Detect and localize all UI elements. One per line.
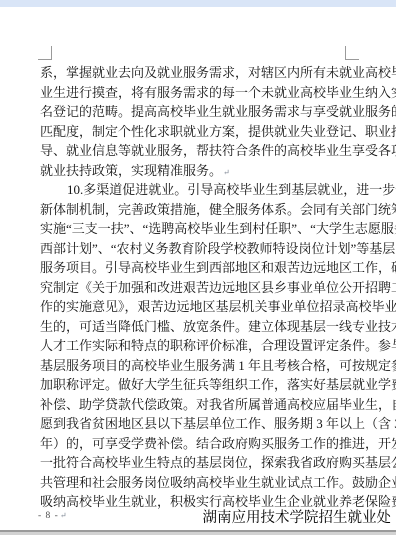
document-line: 业生进行摸查，将有服务需求的每一个未就业高校毕业生纳入实 [40,83,358,103]
footer-department-text: 湖南应用技术学院招生就业处 [203,506,392,527]
document-line: 基层服务项目的高校毕业生服务满 1 年且考核合格，可按规定参 [40,356,358,376]
document-line: 补偿、助学贷款代偿政策。对我省所属普通高校应届毕业生，自 [40,395,358,415]
line-text: 生的，可适当降低门槛、放宽条件。建立体现基层一线专业技术 [40,319,396,334]
line-text: 愿到我省贫困地区县以下基层单位工作、服务期 3 年以上（含 3 [40,416,396,431]
document-line: 服务项目。引导高校毕业生到西部地区和艰苦边远地区工作，研 [40,258,358,278]
line-text: 导、就业信息等就业服务，帮扶符合条件的高校毕业生享受各项 [40,143,396,158]
paragraph-mark-icon: ↵ [60,511,67,520]
line-text: 作的实施意见》，艰苦边远地区基层机关事业单位招录高校毕业 [40,299,396,314]
page-number: - 8 -↵ [38,511,67,521]
document-line: 新体制机制，完善政策措施，健全服务体系。会同有关部门统筹 [40,200,358,220]
line-text: 就业扶持政策，实现精准服务。 [40,163,222,178]
text-boundary-top-right-icon [345,46,359,60]
document-line: 年）的，可享受学费补偿。结合政府购买服务工作的推进，开发 [40,434,358,454]
document-line: 愿到我省贫困地区县以下基层单位工作、服务期 3 年以上（含 3 [40,414,358,434]
line-text: 名登记的范畴。提高高校毕业生就业服务需求与享受就业服务的 [40,104,396,119]
document-line: 西部计划”、“农村义务教育阶段学校教师特设岗位计划”等基层 [40,239,358,259]
document-line: 实施“三支一扶”、“选聘高校毕业生到村任职”、“大学生志愿服务 [40,219,358,239]
line-text: 服务项目。引导高校毕业生到西部地区和艰苦边远地区工作，研 [40,260,396,275]
document-line: 导、就业信息等就业服务，帮扶符合条件的高校毕业生享受各项 [40,141,358,161]
line-text: 10.多渠道促进就业。引导高校毕业生到基层就业，进一步创 [67,182,396,197]
document-line: 10.多渠道促进就业。引导高校毕业生到基层就业，进一步创 [40,180,358,200]
document-line: 就业扶持政策，实现精准服务。↵ [40,161,358,181]
document-line: 匹配度，制定个性化求职就业方案，提供就业失业登记、职业指 [40,122,358,142]
document-line: 加职称评定。做好大学生征兵等组织工作，落实好基层就业学费 [40,375,358,395]
line-text: 业生进行摸查，将有服务需求的每一个未就业高校毕业生纳入实 [40,85,396,100]
document-line: 共管理和社会服务岗位吸纳高校毕业生就业试点工作。鼓励企业 [40,473,358,493]
document-line: 人才工作实际和特点的职称评价标准，合理设置评定条件。参与 [40,336,358,356]
line-text: 匹配度，制定个性化求职就业方案，提供就业失业登记、职业指 [40,124,396,139]
page-number-text: - 8 - [38,511,59,521]
line-text: 西部计划”、“农村义务教育阶段学校教师特设岗位计划”等基层 [40,241,395,256]
line-text: 加职称评定。做好大学生征兵等组织工作，落实好基层就业学费 [40,377,396,392]
paragraph-mark-icon: ↵ [223,168,230,177]
document-line: 作的实施意见》，艰苦边远地区基层机关事业单位招录高校毕业 [40,297,358,317]
text-boundary-top-left-icon [38,46,52,60]
line-text: 人才工作实际和特点的职称评价标准，合理设置评定条件。参与 [40,338,396,353]
line-text: 一批符合高校毕业生特点的基层岗位，探索我省政府购买基层公 [40,455,396,470]
line-text: 补偿、助学贷款代偿政策。对我省所属普通高校应届毕业生，自 [40,397,396,412]
document-line: 一批符合高校毕业生特点的基层岗位，探索我省政府购买基层公 [40,453,358,473]
document-line: 系，掌握就业去向及就业服务需求，对辖区内所有未就业高校毕 [40,63,358,83]
window-top-edge [0,0,396,7]
document-line: 名登记的范畴。提高高校毕业生就业服务需求与享受就业服务的 [40,102,358,122]
line-text: 新体制机制，完善政策措施，健全服务体系。会同有关部门统筹 [40,202,396,217]
document-line: 究制定《关于加强和改进艰苦边远地区县乡事业单位公开招聘工 [40,278,358,298]
document-page: 系，掌握就业去向及就业服务需求，对辖区内所有未就业高校毕 业生进行摸查，将有服务… [40,63,358,512]
line-text: 共管理和社会服务岗位吸纳高校毕业生就业试点工作。鼓励企业 [40,475,396,490]
line-text: 基层服务项目的高校毕业生服务满 1 年且考核合格，可按规定参 [40,358,396,373]
line-text: 系，掌握就业去向及就业服务需求，对辖区内所有未就业高校毕 [40,65,396,80]
line-text: 年）的，可享受学费补偿。结合政府购买服务工作的推进，开发 [40,436,396,451]
line-text: 实施“三支一扶”、“选聘高校毕业生到村任职”、“大学生志愿服务 [40,221,396,236]
document-line: 生的，可适当降低门槛、放宽条件。建立体现基层一线专业技术 [40,317,358,337]
line-text: 究制定《关于加强和改进艰苦边远地区县乡事业单位公开招聘工 [40,280,396,295]
